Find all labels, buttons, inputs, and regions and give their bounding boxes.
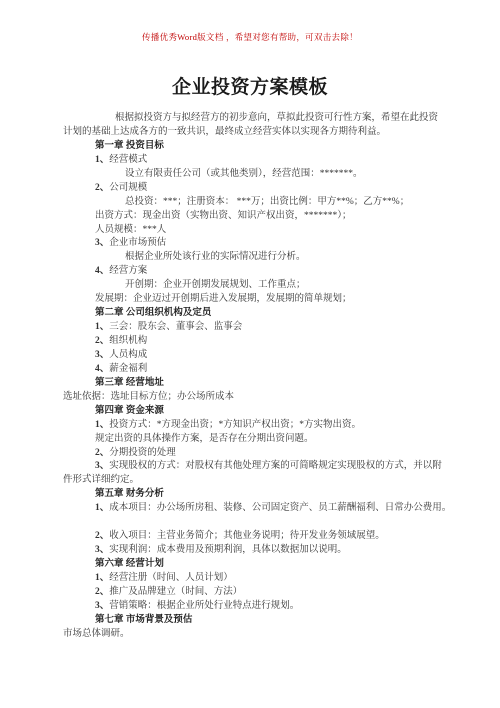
list-number: 2、 [95, 183, 109, 193]
list-number: 1、 [95, 322, 109, 332]
list-number: 1、 [95, 573, 109, 583]
doc-line: 3、实现利润：成本费用及预期利润，具体以数据加以说明。 [63, 544, 437, 558]
doc-line: 2、推广及品牌建立（时间、方法） [63, 586, 437, 600]
list-number: 2、 [95, 336, 109, 346]
chapter-heading: 第四章 资金来源 [63, 405, 437, 419]
doc-line: 2、组织机构 [63, 335, 437, 349]
removable-notice-text[interactable]: 传播优秀Word版文档 ，希望对您有帮助，可双击去除！ [0, 31, 500, 43]
doc-line: 计划的基础上达成各方的一致共识，最终成立经营实体以实现各方期待利益。 [63, 126, 437, 140]
chapter-heading: 第五章 财务分析 [63, 488, 437, 502]
chapter-heading: 第二章 公司组织机构及定员 [63, 307, 437, 321]
doc-line: 总投资：***；注册资本： ***万；出资比例：甲方**%；乙方**%； [63, 196, 437, 210]
doc-line: 3、人员构成 [63, 349, 437, 363]
list-number: 1、 [95, 503, 109, 513]
list-number: 2、 [95, 587, 109, 597]
list-number: 2、 [95, 448, 109, 458]
document-body: 根据拟投资方与拟经营方的初步意向，草拟此投资可行性方案，希望在此投资计划的基础上… [63, 112, 437, 642]
doc-line: 根据拟投资方与拟经营方的初步意向，草拟此投资可行性方案，希望在此投资 [63, 112, 437, 126]
doc-line: 3、企业市场预估 [63, 237, 437, 251]
doc-line: 3、实现股权的方式：对股权有其他处理方案的可简略规定实现股权的方式，并以附 [63, 460, 437, 474]
chapter-heading: 第三章 经营地址 [63, 377, 437, 391]
doc-line: 2、收入项目：主营业务简介；其他业务说明；待开发业务领域展望。 [63, 530, 437, 544]
doc-line: 1、经营模式 [63, 154, 437, 168]
doc-line: 1、投资方式：*方现金出资；*方知识产权出资；*方实物出资。 [63, 419, 437, 433]
doc-line: 市场总体调研。 [63, 628, 437, 642]
list-number: 2、 [95, 531, 109, 541]
doc-line: 4、经营方案 [63, 265, 437, 279]
list-number: 1、 [95, 420, 109, 430]
doc-line: 发展期：企业迈过开创期后进入发展期，发展期的简单规划； [63, 293, 437, 307]
doc-line: 人员规模：***人 [63, 224, 437, 238]
blank-line [63, 516, 437, 530]
list-number: 3、 [95, 545, 109, 555]
list-number: 3、 [95, 461, 109, 471]
doc-line: 选址依据：选址目标方位；办公场所成本 [63, 391, 437, 405]
doc-line: 根据企业所处该行业的实际情况进行分析。 [63, 251, 437, 265]
document-title: 企业投资方案模板 [0, 72, 500, 99]
doc-line: 1、经营注册（时间、人员计划） [63, 572, 437, 586]
doc-line: 规定出资的具体操作方案，是否存在分期出资问题。 [63, 433, 437, 447]
list-number: 1、 [95, 155, 109, 165]
list-number: 4、 [95, 266, 109, 276]
doc-line: 4、薪金福利 [63, 363, 437, 377]
doc-line: 1、成本项目：办公场所房租、装修、公司固定资产、员工薪酬福利、日常办公费用。 [63, 502, 437, 516]
doc-line: 出资方式：现金出资（实物出资、知识产权出资，*******）； [63, 210, 437, 224]
list-number: 3、 [95, 601, 109, 611]
chapter-heading: 第七章 市场背景及预估 [63, 614, 437, 628]
doc-line: 2、分期投资的处理 [63, 447, 437, 461]
doc-line: 开创期：企业开创期发展规划、工作重点； [63, 279, 437, 293]
document-page: 传播优秀Word版文档 ，希望对您有帮助，可双击去除！ 企业投资方案模板 根据拟… [0, 0, 500, 708]
doc-line: 1、三会：股东会、董事会、监事会 [63, 321, 437, 335]
doc-line: 设立有限责任公司（或其他类别），经营范围：*******。 [63, 168, 437, 182]
list-number: 3、 [95, 350, 109, 360]
doc-line: 2、公司规模 [63, 182, 437, 196]
list-number: 3、 [95, 238, 109, 248]
doc-line: 3、营销策略：根据企业所处行业特点进行规划。 [63, 600, 437, 614]
chapter-heading: 第一章 投资目标 [63, 140, 437, 154]
list-number: 4、 [95, 364, 109, 374]
chapter-heading: 第六章 经营计划 [63, 558, 437, 572]
doc-line: 件形式详细约定。 [63, 474, 437, 488]
